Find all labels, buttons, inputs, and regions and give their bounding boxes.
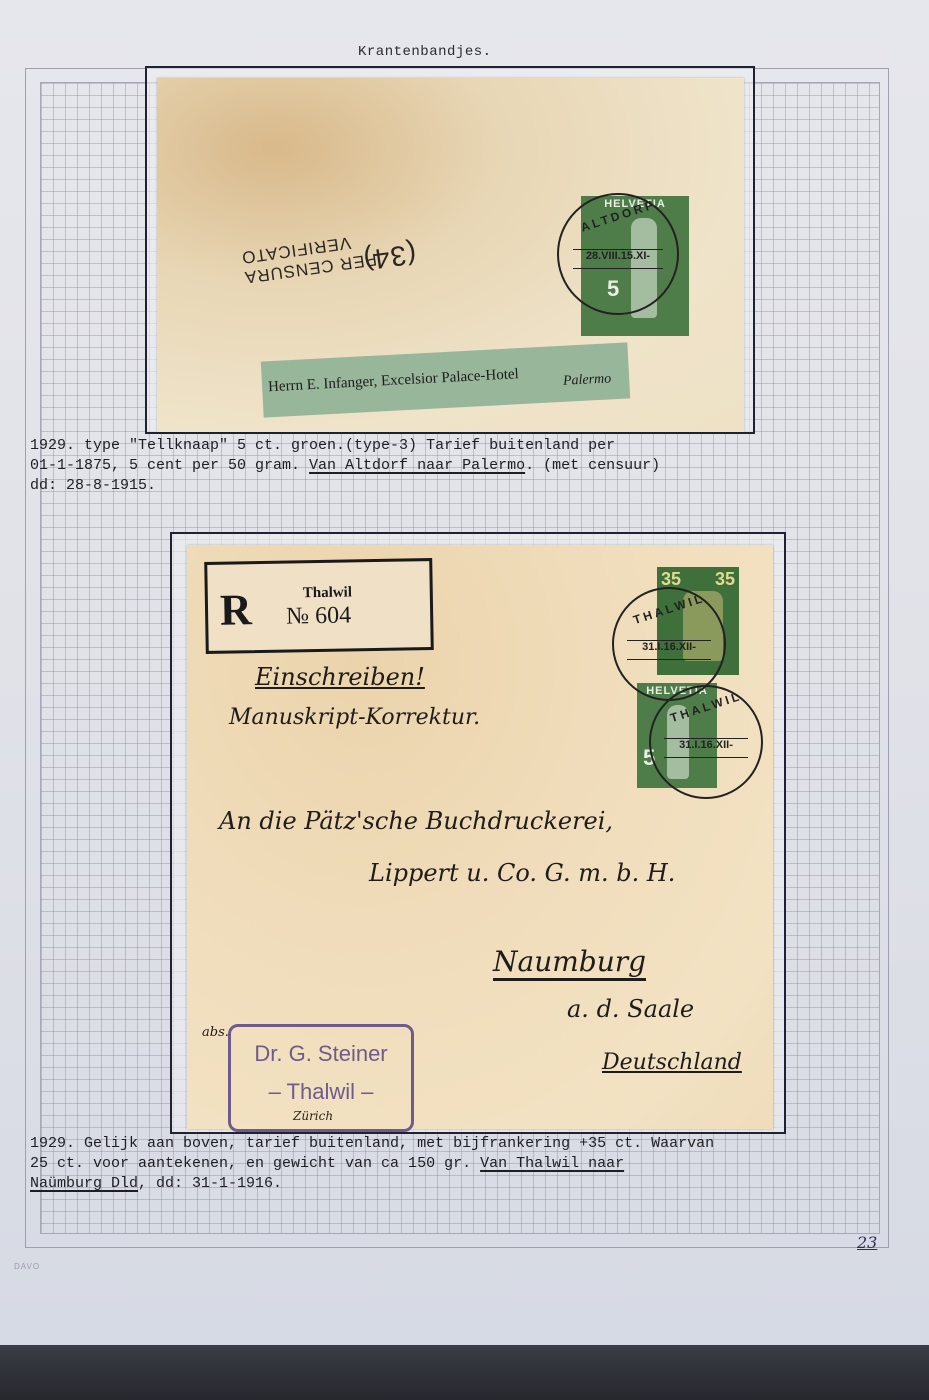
caption-item1-line2-suffix: . (met censuur) bbox=[525, 457, 660, 474]
newspaper-wrapper-altdorf[interactable]: HELVETIA 5 ALTDORF 28.VIII.15.XI- (34) P… bbox=[157, 78, 744, 432]
postmark-thalwil-2: THALWIL 31.I.16.XII- bbox=[649, 685, 763, 799]
censor-number: (34) bbox=[361, 243, 417, 270]
sender-canton: Zürich bbox=[293, 1109, 333, 1123]
handwriting-country: Deutschland bbox=[602, 1050, 742, 1075]
page-title: Krantenbandjes. bbox=[358, 44, 492, 60]
caption-item1-line1: 1929. type "Tellknaap" 5 ct. groen.(type… bbox=[30, 437, 615, 454]
handwriting-einschreiben: Einschreiben! bbox=[255, 663, 425, 691]
handwriting-river: a. d. Saale bbox=[567, 995, 694, 1023]
postmark-thalwil-1: THALWIL 31.I.16.XII- bbox=[612, 587, 726, 701]
postmark-date: 28.VIII.15.XI- bbox=[559, 250, 677, 262]
registration-number: № 604 bbox=[286, 602, 351, 630]
page-number: 23 bbox=[857, 1233, 877, 1252]
publisher-mark: DAVO bbox=[14, 1262, 40, 1271]
handwriting-manuskript: Manuskript-Korrektur. bbox=[229, 705, 480, 730]
postmark-altdorf: ALTDORF 28.VIII.15.XI- bbox=[557, 193, 679, 315]
sender-prefix: abs. bbox=[202, 1025, 229, 1040]
caption-item1: 1929. type "Tellknaap" 5 ct. groen.(type… bbox=[30, 436, 660, 496]
censor-mark: (34) PER CENSURA VERIFICATO bbox=[240, 229, 378, 287]
postmark-town: THALWIL bbox=[615, 586, 724, 633]
route-altdorf-palermo: Van Altdorf naar Palermo bbox=[309, 457, 525, 474]
route-thalwil: Van Thalwil naar bbox=[480, 1155, 624, 1172]
caption-item2-line2: 25 ct. voor aantekenen, en gewicht van c… bbox=[30, 1155, 480, 1172]
registration-label: R Thalwil № 604 bbox=[204, 558, 434, 654]
sender-town: – Thalwil – bbox=[231, 1079, 411, 1105]
address-line2: Palermo bbox=[563, 371, 612, 390]
route-naumburg: Naümburg Dld bbox=[30, 1175, 138, 1192]
address-label: Herrn E. Infanger, Excelsior Palace-Hote… bbox=[261, 342, 630, 417]
registration-town: Thalwil bbox=[303, 584, 352, 602]
caption-item2-line1: 1929. Gelijk aan boven, tarief buitenlan… bbox=[30, 1135, 714, 1152]
sender-rubber-stamp: Dr. G. Steiner – Thalwil – Zürich bbox=[228, 1024, 414, 1132]
caption-item2: 1929. Gelijk aan boven, tarief buitenlan… bbox=[30, 1134, 714, 1194]
handwriting-company: Lippert u. Co. G. m. b. H. bbox=[369, 859, 675, 887]
address-line1: Herrn E. Infanger, Excelsior Palace-Hote… bbox=[268, 366, 519, 396]
table-surface bbox=[0, 1345, 929, 1400]
registered-wrapper-thalwil[interactable]: R Thalwil № 604 35 35 HELVETIA 5 THALWIL… bbox=[187, 545, 773, 1129]
caption-item2-line3-suffix: , dd: 31-1-1916. bbox=[138, 1175, 282, 1192]
postmark-town: ALTDORF bbox=[560, 191, 677, 241]
handwriting-city: Naumburg bbox=[493, 945, 646, 981]
postmark-date: 31.I.16.XII- bbox=[614, 641, 724, 653]
album-page: Krantenbandjes. HELVETIA 5 ALTDORF 28.VI… bbox=[0, 0, 929, 1345]
postmark-date: 31.I.16.XII- bbox=[651, 739, 761, 751]
registration-letter: R bbox=[220, 584, 253, 636]
caption-item1-line3: dd: 28-8-1915. bbox=[30, 477, 156, 494]
handwriting-addressee: An die Pätz'sche Buchdruckerei, bbox=[219, 807, 613, 835]
caption-item1-line2: 01-1-1875, 5 cent per 50 gram. bbox=[30, 457, 309, 474]
sender-name: Dr. G. Steiner bbox=[231, 1041, 411, 1067]
